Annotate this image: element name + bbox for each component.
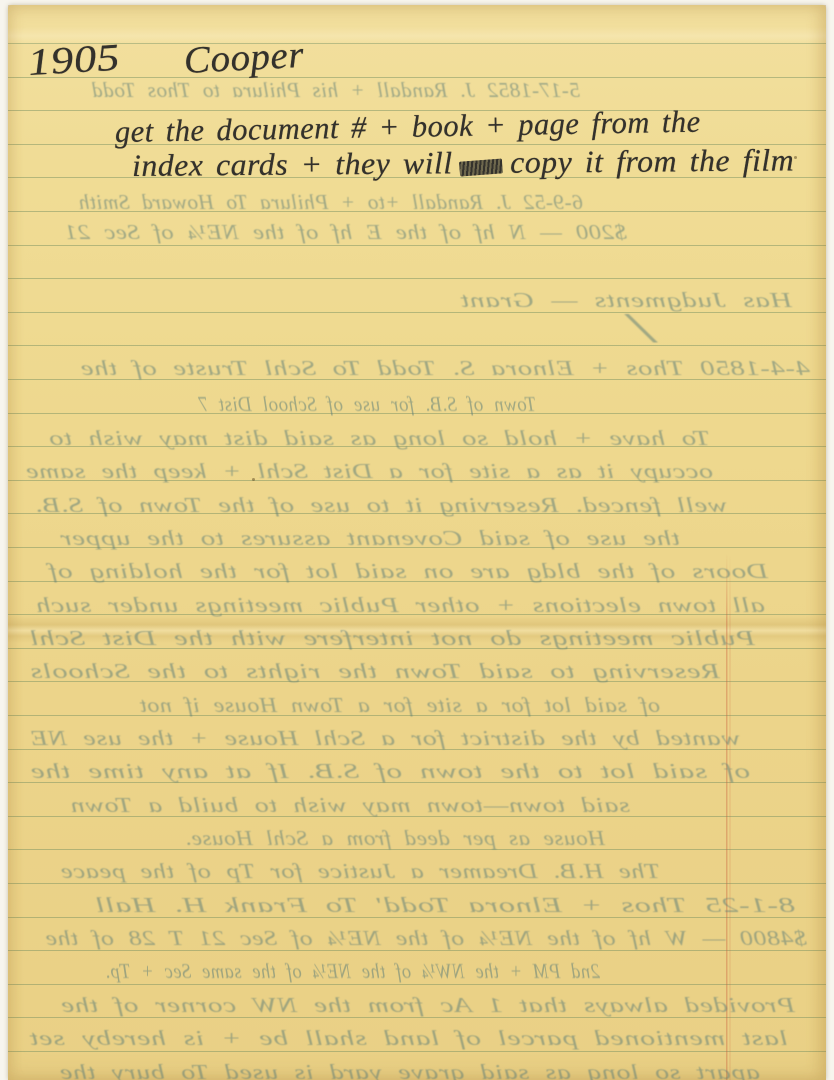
bleed-line: 6-9-52 J. Randall +to + Philura To Howar…: [78, 192, 583, 213]
ruled-line: [8, 345, 826, 346]
bleed-line: Public meetings do not interfere with th…: [30, 628, 755, 649]
bleed-line: Reserving to said Town the rights to the…: [30, 661, 720, 682]
scanned-notepad-page: { "scan": { "background_color": "#f7f5ee…: [0, 0, 834, 1080]
surname-heading: Cooper: [183, 36, 305, 80]
bleed-line: Town of S.B. for use of School Dist 7: [198, 394, 536, 415]
paper-crease-top: [8, 27, 826, 45]
bleed-line: well fenced. Reserving it to use of the …: [34, 495, 727, 516]
ruled-line: [8, 883, 826, 884]
bleed-line: of said lot for a site for a Town House …: [140, 695, 660, 716]
ruled-line: [8, 43, 826, 44]
ruled-line: [8, 984, 826, 985]
bleed-line: all town elections + other Public meetin…: [36, 595, 765, 616]
bleed-line: Doors of the bldg are on said lot for th…: [48, 561, 768, 582]
ruled-line: [8, 950, 826, 951]
bleed-line: To have + hold so long as said dist may …: [49, 428, 710, 449]
note-line-2-prefix: index cards + they will: [132, 145, 453, 183]
bleed-line: $4800 — W hf of the NE¼ of the NE¼ of Se…: [45, 928, 807, 949]
bleed-line: 8-1-25 Thos + Elnora Todd' To Frank H. H…: [95, 895, 795, 916]
bleed-line: Has Judgments — Grant: [460, 290, 792, 311]
ruled-line: [8, 1017, 826, 1018]
note-line-2: index cards + they willcopy it from the …: [132, 144, 794, 181]
bleed-line: 2nd PM + the NW¼ of the NE¼ of the same …: [105, 961, 600, 982]
bleed-line: 5-17-1852 J. Randall + his Philura to Th…: [92, 80, 580, 101]
bleed-line: wanted by the district for a Schl House …: [30, 728, 740, 749]
note-line-2-suffix: copy it from the film: [510, 142, 794, 179]
bleed-line: said town—town may wish to build a Town: [70, 795, 630, 816]
ruled-line: [8, 245, 826, 246]
strikethrough-scribble: [459, 158, 503, 176]
bleed-line: Provided always that 1 Ac from the NW co…: [61, 995, 795, 1016]
ruled-line: [8, 278, 826, 279]
bleed-line: $200 — N hf of the E hf of the NE¼ of Se…: [64, 222, 627, 243]
bleed-line: of said lot to the town of S.B. If at an…: [30, 761, 750, 782]
year-heading: 1905: [26, 39, 121, 82]
ruled-line: [8, 1051, 826, 1052]
bleed-line: occupy it as a site for a Dist Schl + ke…: [26, 461, 713, 482]
bleed-line: House as per deed from a Schl House.: [185, 828, 605, 849]
bleed-line: /: [630, 308, 654, 350]
bleed-line: apart so long as said grave yard is used…: [60, 1062, 760, 1080]
bleed-line: 4-4-1850 Thos + Elnora S. Todd To Schl T…: [80, 358, 810, 379]
paper-speck: [794, 156, 797, 159]
bleed-line: last mentioned parcel of land shall be +…: [29, 1028, 788, 1049]
bleed-line: the use of said Covenant assures to the …: [60, 528, 680, 549]
bleed-line: The H.B. Dreamer a Justice for Tp of the…: [60, 861, 660, 882]
